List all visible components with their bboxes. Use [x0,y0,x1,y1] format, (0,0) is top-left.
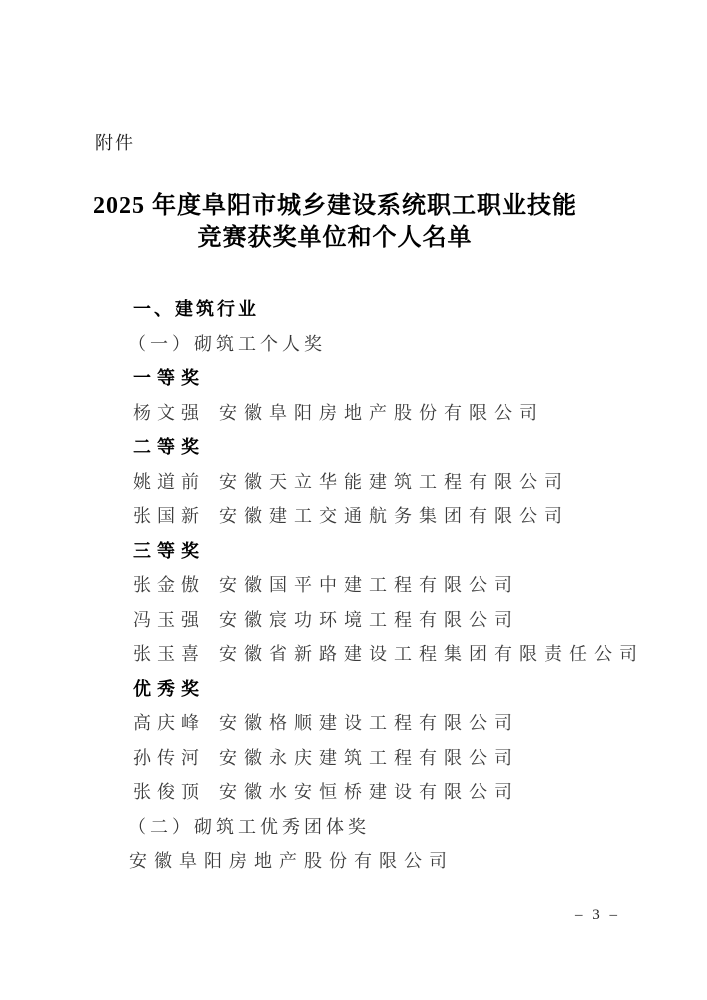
document-page: 附件 2025 年度阜阳市城乡建设系统职工职业技能 竞赛获奖单位和个人名单 一、… [0,0,707,1000]
winner-row: 孙传河安徽永庆建筑工程有限公司 [0,741,707,776]
winner-company: 安徽水安恒桥建设有限公司 [219,782,519,802]
winner-row: 姚道前安徽天立华能建筑工程有限公司 [0,465,707,500]
winner-name: 杨文强 [133,396,219,431]
winner-company: 安徽永庆建筑工程有限公司 [219,748,519,768]
winner-row: 张玉喜安徽省新路建设工程集团有限责任公司 [0,637,707,672]
winner-name: 张玉喜 [133,637,219,672]
page-number: – 3 – [575,907,620,924]
award-heading-excellence-prize: 优秀奖 [0,672,707,707]
winner-name: 张国新 [133,499,219,534]
winner-company: 安徽天立华能建筑工程有限公司 [219,472,569,492]
winner-row: 高庆峰安徽格顺建设工程有限公司 [0,706,707,741]
award-heading-second-prize: 二等奖 [0,430,707,465]
team-award-company: 安徽阜阳房地产股份有限公司 [0,844,707,879]
winner-company: 安徽格顺建设工程有限公司 [219,713,519,733]
document-title-line2: 竞赛获奖单位和个人名单 [55,222,615,254]
award-list: 一、建筑行业 （一）砌筑工个人奖 一等奖 杨文强安徽阜阳房地产股份有限公司 二等… [0,292,707,879]
winner-row: 张国新安徽建工交通航务集团有限公司 [0,499,707,534]
subsection-heading-mason-individual-award: （一）砌筑工个人奖 [0,327,707,362]
winner-company: 安徽建工交通航务集团有限公司 [219,506,569,526]
winner-row: 张金傲安徽国平中建工程有限公司 [0,568,707,603]
winner-row: 张俊顶安徽水安恒桥建设有限公司 [0,775,707,810]
winner-company: 安徽阜阳房地产股份有限公司 [219,403,544,423]
winner-name: 张金傲 [133,568,219,603]
document-title-line1: 2025 年度阜阳市城乡建设系统职工职业技能 [55,190,615,222]
winner-company: 安徽省新路建设工程集团有限责任公司 [219,644,644,664]
winner-name: 高庆峰 [133,706,219,741]
winner-name: 张俊顶 [133,775,219,810]
section-heading-construction-industry: 一、建筑行业 [0,292,707,327]
winner-row: 杨文强安徽阜阳房地产股份有限公司 [0,396,707,431]
award-heading-third-prize: 三等奖 [0,534,707,569]
attachment-label: 附件 [95,131,135,155]
winner-company: 安徽国平中建工程有限公司 [219,575,519,595]
winner-name: 姚道前 [133,465,219,500]
document-title: 2025 年度阜阳市城乡建设系统职工职业技能 竞赛获奖单位和个人名单 [55,190,615,254]
award-heading-first-prize: 一等奖 [0,361,707,396]
subsection-heading-mason-team-award: （二）砌筑工优秀团体奖 [0,810,707,845]
winner-row: 冯玉强安徽宸功环境工程有限公司 [0,603,707,638]
winner-name: 孙传河 [133,741,219,776]
winner-name: 冯玉强 [133,603,219,638]
winner-company: 安徽宸功环境工程有限公司 [219,610,519,630]
